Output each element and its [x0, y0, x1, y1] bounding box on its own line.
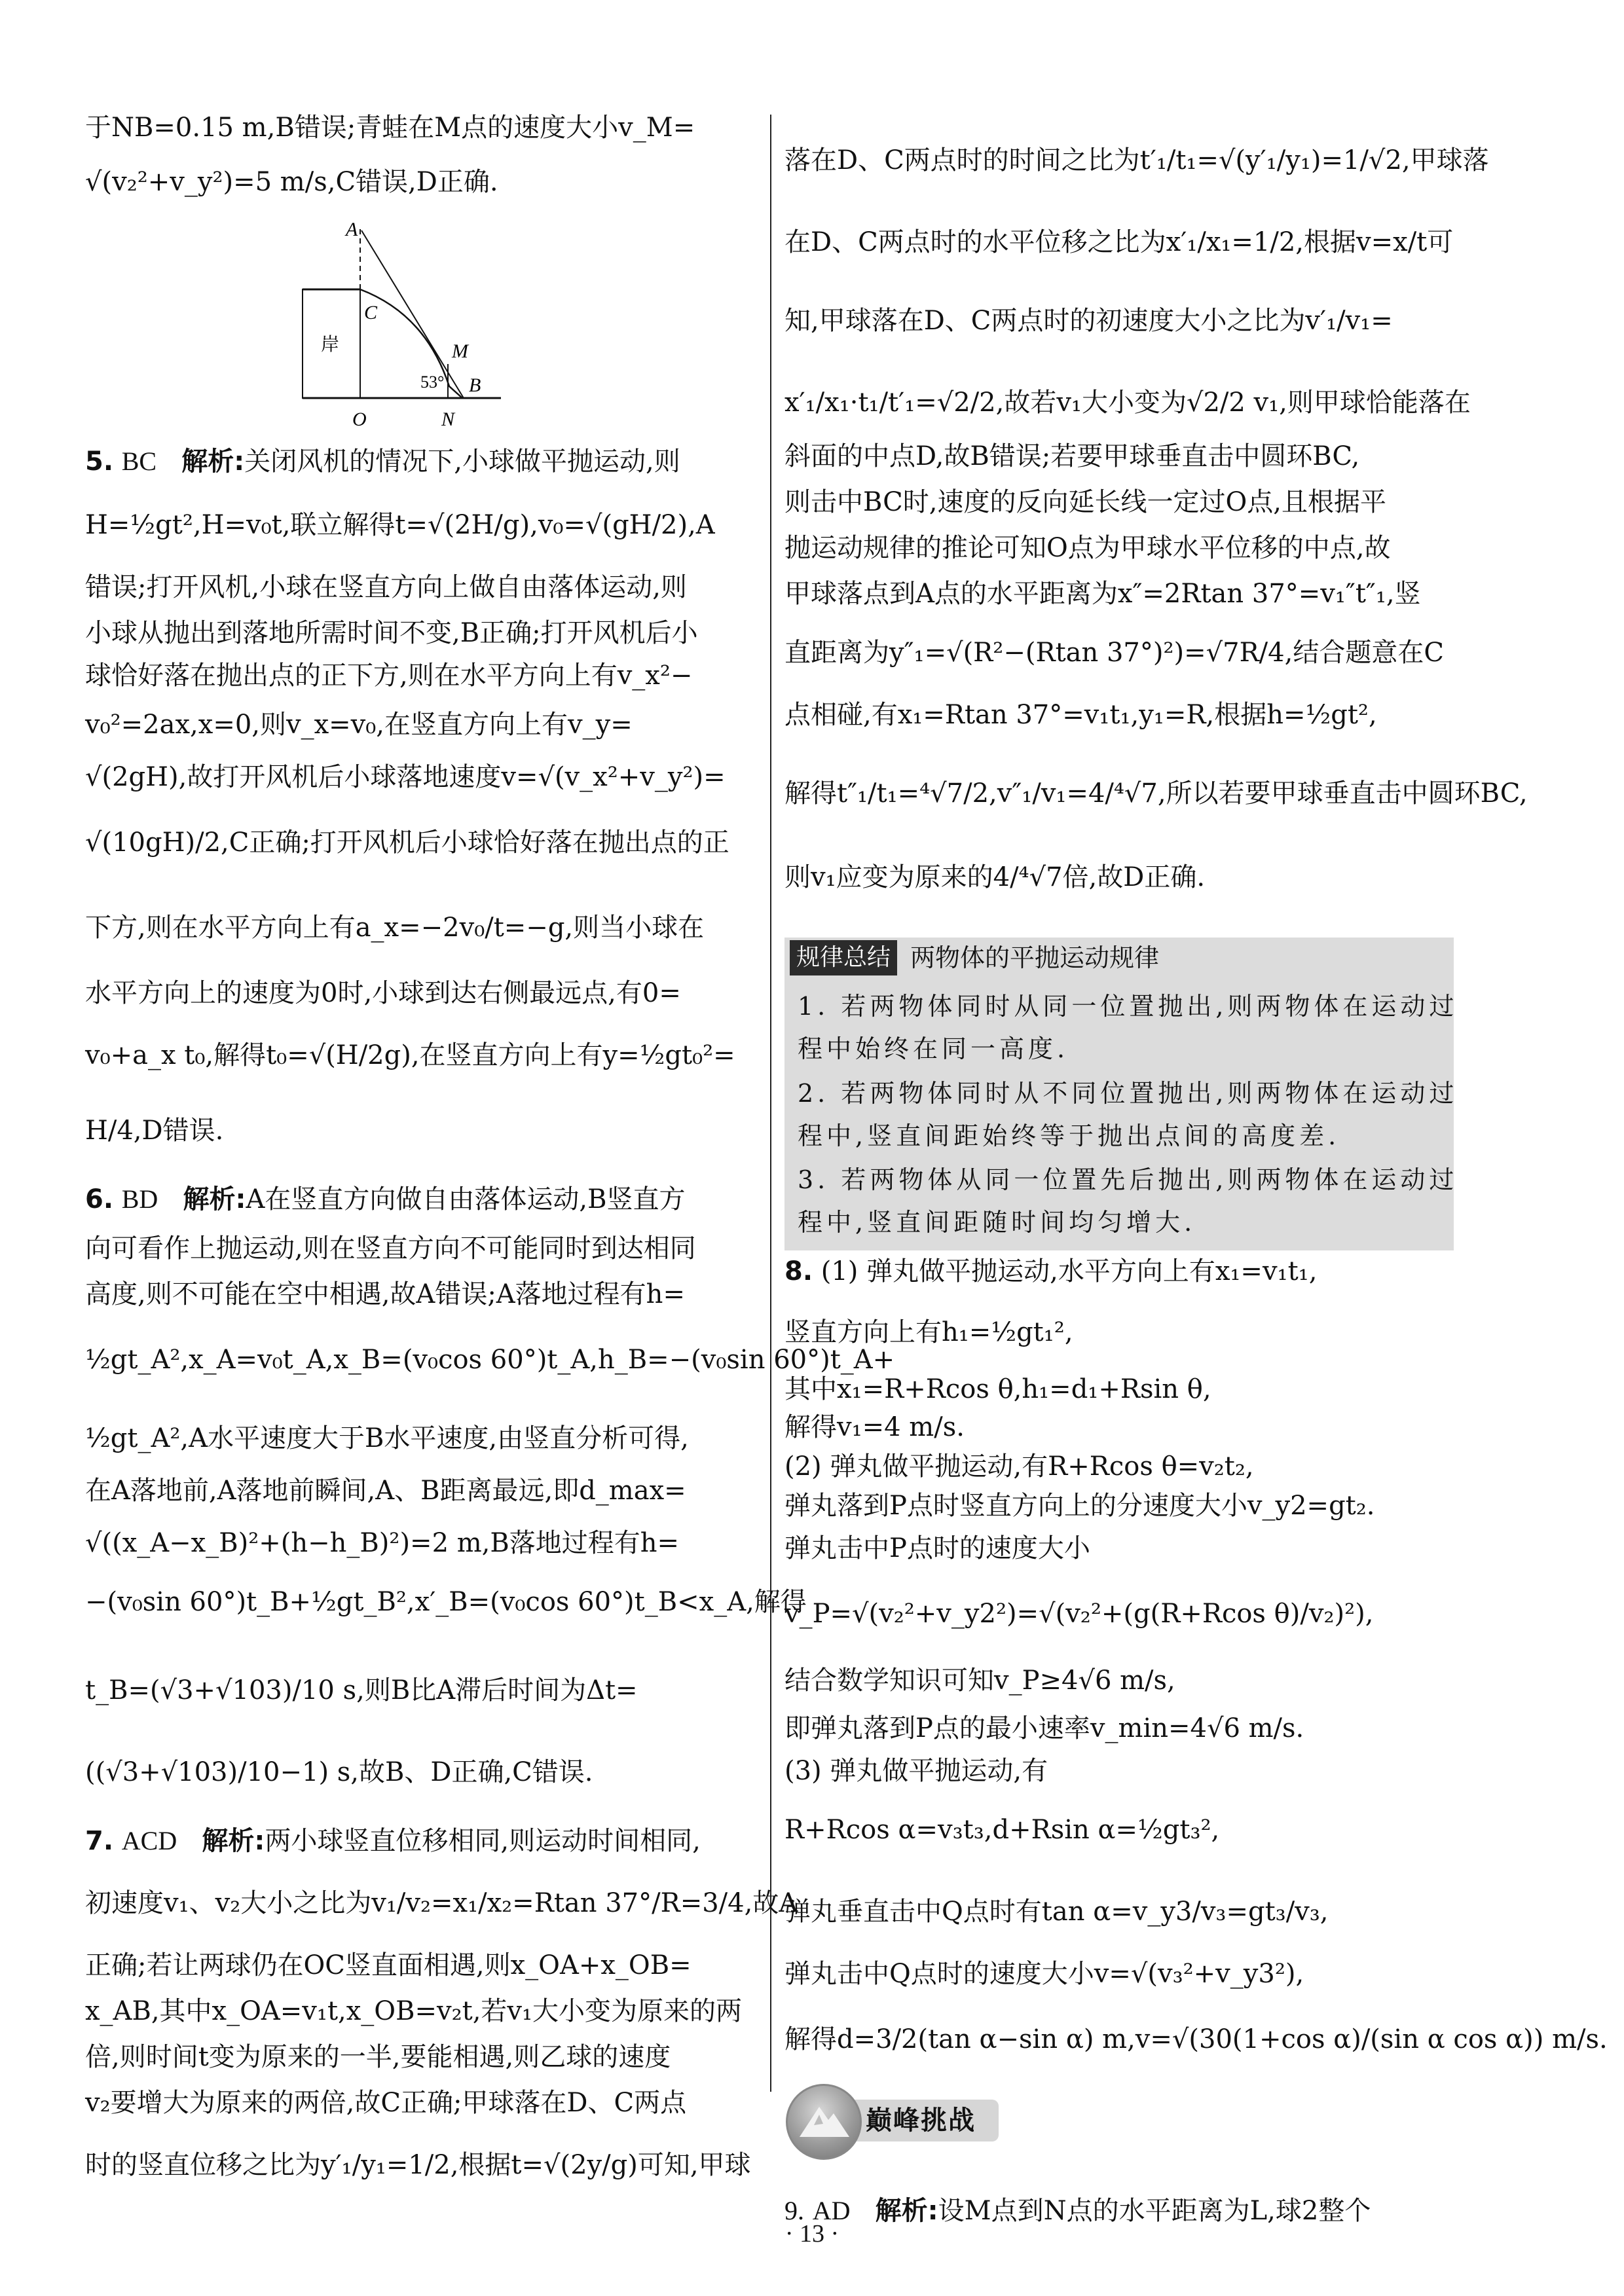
q7-cont-line: 知,甲球落在D、C两点时的初速度大小之比为v′₁/v₁= — [784, 308, 1393, 334]
q8-line: 弹丸击中P点时的速度大小 — [784, 1535, 1090, 1561]
q5-line: H/4,D错误. — [85, 1118, 223, 1144]
page-number: · 13 · — [0, 2219, 1624, 2248]
q5-line: 水平方向上的速度为0时,小球到达右侧最远点,有0= — [85, 980, 681, 1006]
q7-cont-line: 斜面的中点D,故B错误;若要甲球垂直击中圆环BC, — [784, 443, 1359, 469]
q5-answer: BC — [122, 446, 157, 476]
q7-line: 初速度v₁、v₂大小之比为v₁/v₂=x₁/x₂=Rtan 37°/R=3/4,… — [85, 1890, 798, 1916]
q8-number: 8. — [784, 1256, 813, 1286]
q8-line-0: (1) 弹丸做平抛运动,水平方向上有x₁=v₁t₁, — [821, 1256, 1318, 1286]
q6-number: 6. — [85, 1184, 113, 1214]
q8-header: 8. (1) 弹丸做平抛运动,水平方向上有x₁=v₁t₁, — [784, 1258, 1317, 1285]
q8-line: 解得d=3/2(tan α−sin α) m,v=√(30(1+cos α)/(… — [784, 2026, 1608, 2052]
label-angle: 53° — [420, 373, 444, 392]
q7-cont-line: 甲球落点到A点的水平距离为x″=2Rtan 37°=v₁″t″₁,竖 — [784, 581, 1421, 607]
q7-cont-line: 则v₁应变为原来的4/⁴√7倍,故D正确. — [784, 864, 1205, 890]
summary-tag: 规律总结 — [790, 940, 897, 975]
q6-line: 在A落地前,A落地前瞬间,A、B距离最远,即d_max= — [85, 1478, 686, 1504]
q7-line: 时的竖直位移之比为y′₁/y₁=1/2,根据t=√(2y/g)可知,甲球 — [85, 2152, 751, 2178]
q7-cont-line: x′₁/x₁·t₁/t′₁=√2/2,故若v₁大小变为√2/2 v₁,则甲球恰能… — [784, 390, 1471, 416]
q7-line: x_AB,其中x_OA=v₁t,x_OB=v₂t,若v₁大小变为原来的两 — [85, 1998, 742, 2024]
summary-title: 两物体的平抛运动规律 — [910, 940, 1159, 975]
q7-number: 7. — [85, 1826, 113, 1856]
q8-line: (3) 弹丸做平抛运动,有 — [784, 1758, 1048, 1784]
q7-cont-line: 抛运动规律的推论可知O点为甲球水平位移的中点,故 — [784, 535, 1391, 561]
summary-item: 3. 若两物体从同一位置先后抛出,则两物体在运动过 — [798, 1167, 1458, 1193]
q5-header: 5. BC 解析:关闭风机的情况下,小球做平抛运动,则 — [85, 448, 680, 475]
q7-cont-line: 直距离为y″₁=√(R²−(Rtan 37°)²)=√7R/4,结合题意在C — [784, 640, 1444, 666]
q7-line-0: 两小球竖直位移相同,则运动时间相同, — [265, 1826, 700, 1856]
q6-line: ½gt_A²,A水平速度大于B水平速度,由竖直分析可得, — [85, 1425, 689, 1451]
q7-line: 正确;若让两球仍在OC竖直面相遇,则x_OA+x_OB= — [85, 1952, 692, 1978]
q5-number: 5. — [85, 446, 113, 477]
peak-challenge-badge: 巅峰挑战 — [786, 2084, 1002, 2162]
q7-answer: ACD — [122, 1826, 177, 1855]
summary-item: 2. 若两物体同时从不同位置抛出,则两物体在运动过 — [798, 1080, 1458, 1106]
q6-answer: BD — [122, 1184, 158, 1214]
summary-item: 程中,竖直间距始终等于抛出点间的高度差. — [798, 1123, 1340, 1149]
q8-line: R+Rcos α=v₃t₃,d+Rsin α=½gt₃², — [784, 1817, 1219, 1843]
q6-line: √((x_A−x_B)²+(h−h_B)²)=2 m,B落地过程有h= — [85, 1530, 679, 1556]
frog-trajectory-figure: A C M B O N 岸 53° — [295, 216, 530, 432]
badge-label: 巅峰挑战 — [866, 2100, 976, 2141]
intro-line-2: √(v₂²+v_y²)=5 m/s,C错误,D正确. — [85, 169, 498, 195]
label-C: C — [364, 302, 378, 323]
q5-line: 错误;打开风机,小球在竖直方向上做自由落体运动,则 — [85, 574, 687, 600]
label-O: O — [352, 409, 367, 430]
q6-line-0: A在竖直方向做自由落体运动,B竖直方 — [246, 1184, 685, 1214]
q8-line: 即弹丸落到P点的最小速率v_min=4√6 m/s. — [784, 1715, 1304, 1741]
q8-line: 结合数学知识可知v_P≥4√6 m/s, — [784, 1667, 1175, 1694]
label-B: B — [469, 374, 481, 396]
q7-cont-line: 点相碰,有x₁=Rtan 37°=v₁t₁,y₁=R,根据h=½gt², — [784, 702, 1377, 728]
q6-line: ((√3+√103)/10−1) s,故B、D正确,C错误. — [85, 1759, 593, 1785]
q8-line: 解得v₁=4 m/s. — [784, 1414, 965, 1440]
q6-heading: 解析 — [183, 1184, 235, 1214]
q7-header: 7. ACD 解析:两小球竖直位移相同,则运动时间相同, — [85, 1828, 701, 1854]
q8-line: 竖直方向上有h₁=½gt₁², — [784, 1319, 1073, 1345]
q7-cont-line: 在D、C两点时的水平位移之比为x′₁/x₁=1/2,根据v=x/t可 — [784, 229, 1453, 255]
q5-line: v₀²=2ax,x=0,则v_x=v₀,在竖直方向上有v_y= — [85, 712, 633, 738]
q5-line: 球恰好落在抛出点的正下方,则在水平方向上有v_x²− — [85, 663, 692, 689]
q5-line: v₀+a_x t₀,解得t₀=√(H/2g),在竖直方向上有y=½gt₀²= — [85, 1042, 735, 1068]
q5-line: √(10gH)/2,C正确;打开风机后小球恰好落在抛出点的正 — [85, 829, 729, 856]
column-divider — [770, 115, 771, 2092]
q8-line: 弹丸击中Q点时的速度大小v=√(v₃²+v_y3²), — [784, 1961, 1304, 1987]
q8-line: 弹丸落到P点时竖直方向上的分速度大小v_y2=gt₂. — [784, 1493, 1375, 1519]
q6-line: 向可看作上抛运动,则在竖直方向不可能同时到达相同 — [85, 1235, 696, 1262]
q8-line: 弹丸垂直击中Q点时有tan α=v_y3/v₃=gt₃/v₃, — [784, 1899, 1329, 1925]
q8-line: (2) 弹丸做平抛运动,有R+Rcos θ=v₂t₂, — [784, 1453, 1254, 1480]
q6-line: t_B=(√3+√103)/10 s,则B比A滞后时间为Δt= — [85, 1677, 638, 1704]
q6-line: ½gt_A²,x_A=v₀t_A,x_B=(v₀cos 60°)t_A,h_B=… — [85, 1347, 895, 1373]
q5-line: √(2gH),故打开风机后小球落地速度v=√(v_x²+v_y²)= — [85, 764, 726, 790]
label-bank: 岸 — [321, 334, 339, 355]
q6-line: 高度,则不可能在空中相遇,故A错误;A落地过程有h= — [85, 1281, 685, 1307]
label-A: A — [344, 219, 358, 240]
q7-cont-line: 落在D、C两点时的时间之比为t′₁/t₁=√(y′₁/y₁)=1/√2,甲球落 — [784, 147, 1489, 173]
intro-line-1: 于NB=0.15 m,B错误;青蛙在M点的速度大小v_M= — [85, 115, 695, 141]
q6-header: 6. BD 解析:A在竖直方向做自由落体运动,B竖直方 — [85, 1186, 685, 1212]
q7-cont-line: 解得t″₁/t₁=⁴√7/2,v″₁/v₁=4/⁴√7,所以若要甲球垂直击中圆环… — [784, 780, 1528, 807]
q7-cont-line: 则击中BC时,速度的反向延长线一定过O点,且根据平 — [784, 489, 1386, 515]
summary-item: 程中始终在同一高度. — [798, 1036, 1069, 1062]
summary-box: 规律总结 两物体的平抛运动规律 1. 若两物体同时从同一位置抛出,则两物体在运动… — [784, 938, 1454, 1250]
q5-line: 下方,则在水平方向上有a_x=−2v₀/t=−g,则当小球在 — [85, 915, 704, 941]
q6-line: −(v₀sin 60°)t_B+½gt_B²,x′_B=(v₀cos 60°)t… — [85, 1589, 807, 1615]
q7-heading: 解析 — [202, 1826, 254, 1856]
mountain-icon — [786, 2084, 862, 2160]
label-M: M — [451, 340, 470, 362]
q5-line-0: 关闭风机的情况下,小球做平抛运动,则 — [244, 446, 680, 477]
q8-line: 其中x₁=R+Rcos θ,h₁=d₁+Rsin θ, — [784, 1376, 1211, 1402]
label-N: N — [441, 409, 456, 430]
q7-line: v₂要增大为原来的两倍,故C正确;甲球落在D、C两点 — [85, 2090, 686, 2116]
q8-line: v_P=√(v₂²+v_y2²)=√(v₂²+(g(R+Rcos θ)/v₂)²… — [784, 1601, 1373, 1627]
q7-line: 倍,则时间t变为原来的一半,要能相遇,则乙球的速度 — [85, 2044, 671, 2070]
q5-line: 小球从抛出到落地所需时间不变,B正确;打开风机后小 — [85, 620, 698, 646]
summary-item: 1. 若两物体同时从同一位置抛出,则两物体在运动过 — [798, 993, 1458, 1019]
summary-item: 程中,竖直间距随时间均匀增大. — [798, 1209, 1196, 1235]
q5-line: H=½gt²,H=v₀t,联立解得t=√(2H/g),v₀=√(gH/2),A — [85, 512, 715, 538]
q5-heading: 解析 — [181, 446, 234, 477]
